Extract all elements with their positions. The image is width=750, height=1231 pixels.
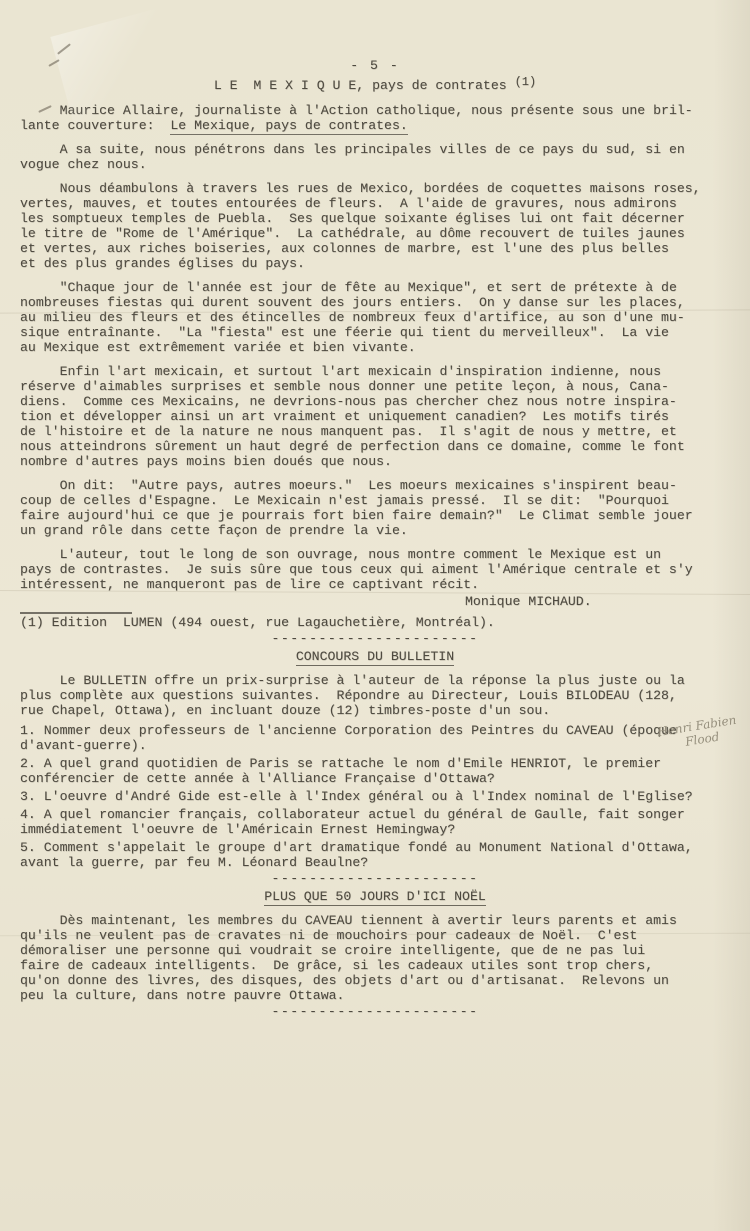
- footnote-rule: [20, 612, 132, 614]
- article-title-main: L E M E X I Q U E: [214, 78, 356, 93]
- footnote-reference: (1): [515, 75, 537, 89]
- article-title: L E M E X I Q U E, pays de contrates (1): [20, 78, 730, 94]
- question-item: 1. Nommer deux professeurs de l'ancienne…: [20, 723, 730, 753]
- article-title-rest: , pays de contrates: [356, 78, 514, 93]
- question-item: 3. L'oeuvre d'André Gide est-elle à l'In…: [20, 789, 730, 804]
- page-number: - 5 -: [20, 58, 730, 73]
- paragraph: A sa suite, nous pénétrons dans les prin…: [20, 142, 730, 172]
- document-page: - 5 - L E M E X I Q U E, pays de contrat…: [0, 0, 750, 1231]
- question-item: 4. A quel romancier français, collaborat…: [20, 807, 730, 837]
- paragraph: On dit: "Autre pays, autres moeurs." Les…: [20, 478, 730, 538]
- paragraph: Nous déambulons à travers les rues de Me…: [20, 181, 730, 271]
- concours-heading: CONCOURS DU BULLETIN: [20, 649, 730, 664]
- section-separator: ----------------------: [20, 1006, 730, 1018]
- author-signature: Monique MICHAUD.: [20, 594, 730, 609]
- noel-heading: PLUS QUE 50 JOURS D'ICI NOËL: [20, 889, 730, 904]
- paragraph: Enfin l'art mexicain, et surtout l'art m…: [20, 364, 730, 469]
- paragraph-intro: Maurice Allaire, journaliste à l'Action …: [20, 103, 730, 133]
- section-separator: ----------------------: [20, 873, 730, 885]
- footnote: (1) Edition LUMEN (494 ouest, rue Lagauc…: [20, 615, 730, 630]
- paragraph: "Chaque jour de l'année est jour de fête…: [20, 280, 730, 355]
- noel-body: Dès maintenant, les membres du CAVEAU ti…: [20, 913, 730, 1003]
- section-separator: ----------------------: [20, 633, 730, 645]
- staple-mark: [57, 43, 71, 54]
- concours-intro: Le BULLETIN offre un prix-surprise à l'a…: [20, 673, 730, 718]
- paragraph: L'auteur, tout le long de son ouvrage, n…: [20, 547, 730, 592]
- question-item: 5. Comment s'appelait le groupe d'art dr…: [20, 840, 730, 870]
- question-item: 2. A quel grand quotidien de Paris se ra…: [20, 756, 730, 786]
- book-title-underlined: Le Mexique, pays de contrates.: [170, 118, 407, 135]
